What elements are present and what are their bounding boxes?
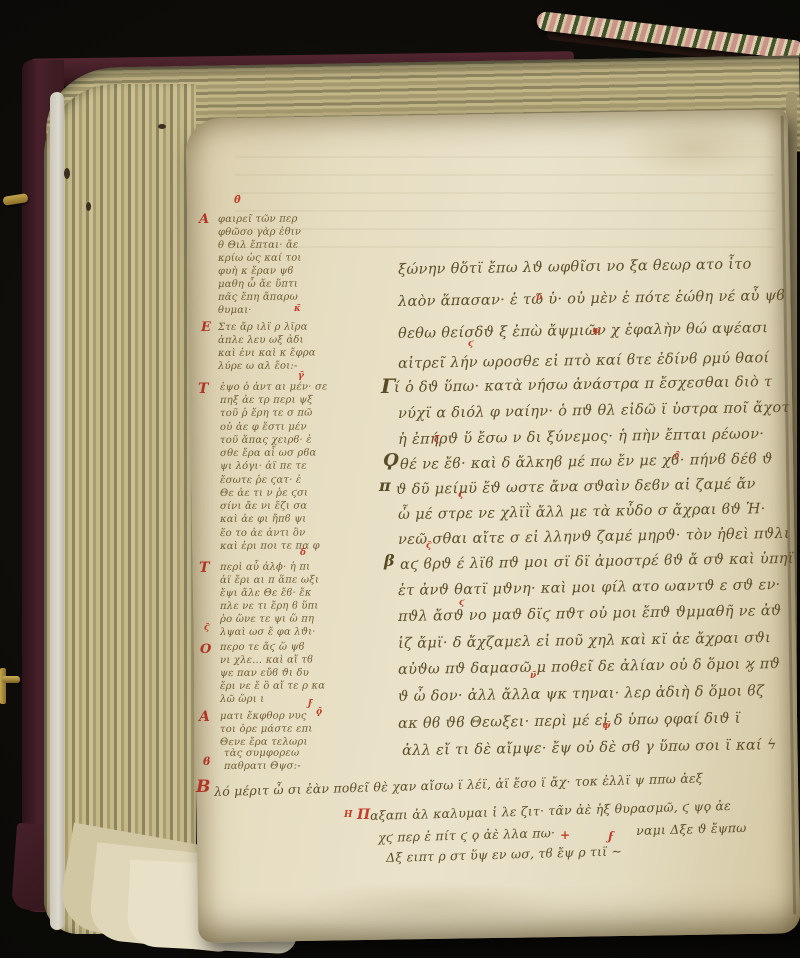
rubric-mark: Η̄ xyxy=(344,811,353,820)
rubric-mark: ϛ̄ xyxy=(674,452,679,461)
rubric-mark: κ̄ xyxy=(294,305,301,314)
rubric-initial: ϐ xyxy=(203,756,210,767)
main-text-line: ϑ δῦ μείμϋ ἔϑ ωστε ἄνα σϑαὶν δεϐν αἰ ζαμ… xyxy=(396,477,756,497)
margin-line: ψε παν εὔϐ ϑι δυ xyxy=(220,669,309,679)
main-text-line: ἱζ ἄμϊ· δ ἄχζαμελ εἰ ποῦ χηλ καὶ κϊ ἀε ἄ… xyxy=(398,631,771,651)
rubric-mark: γ̄ xyxy=(298,372,304,381)
rubric-initial: Α xyxy=(199,710,210,724)
margin-line: ἔψι ἄλε Θε ἔϐ· ἔκ xyxy=(220,589,312,599)
main-text-line: αὐϑω πϑ δαμασῶ μ ποθεῖ δε ἀλίαν οὐ δ ὅμο… xyxy=(398,657,780,677)
footer-line: αξαπι ἀλ καλυμαι ἰ λε ζιτ· τᾶν ἀὲ ἡξ θυρ… xyxy=(370,800,731,823)
rubric-mark: ψ̄ xyxy=(602,722,610,731)
footer-line: χϛ περ ἐ πίτ ϛ ϙ ἀὲ λλα πω· xyxy=(378,827,555,844)
rubric-mark: ϛ̄ xyxy=(204,624,209,633)
rubric-initial: Τ xyxy=(199,561,209,575)
margin-line: λῶ ὥρι ι xyxy=(220,695,264,705)
margin-line: Στε ἄρ ιλϊ ρ λϊρα xyxy=(218,323,308,333)
margin-line: παθρατι Θψσ:- xyxy=(224,762,301,772)
rubric-mark: ϛ xyxy=(458,491,463,500)
main-text-line: ϑ ὦ δον· ἀλλ ἄλλα ψκ τηναι· λερ ἀδιὴ δ ὅ… xyxy=(398,684,764,704)
rubric-mark: ϝ̄ xyxy=(308,700,313,709)
main-text-line: νεῶ σθαι αἴτε σ εἰ λληνϑ ζαμέ μηρϑ· τὸν … xyxy=(398,527,790,548)
margin-line: ἔσωτε ῥε ϛατ· ἐ xyxy=(220,476,302,486)
rubric-initial: Ο xyxy=(200,643,211,656)
margin-line: πᾶς ἔπη ἄπαρω xyxy=(218,293,298,303)
margin-line: σίνι ἄε νι ἔζι σα xyxy=(220,502,307,512)
margin-line: θυμαι· xyxy=(218,306,252,316)
rubric-mark: ζ̄ xyxy=(434,436,439,445)
rubric-mark: ϝ xyxy=(608,830,614,842)
rubric-initial: Ε xyxy=(201,321,211,334)
rubric-initial: Τ xyxy=(198,382,208,396)
main-text-line: ὧ μέ στρε νε χλϊῒ ἄλλ με τὰ κὖδο σ ἄχραι… xyxy=(398,502,766,522)
main-text-line: πϑλ ἄσϑ νο μαϑ δϊϛ πϑτ οὐ μοι ἔπϑ ϑμμαθῆ… xyxy=(398,604,782,625)
margin-line: λύρε ω αλ ἔοι:- xyxy=(218,362,298,372)
rubric-mark: δ̄ xyxy=(300,549,306,558)
main-text-line: νύχϊ α διόλ φ ναίην· ὁ πϑ θλ εἰδῶ ϊ ὑστρ… xyxy=(398,401,790,422)
main-text-line: ακ θϐ ϑϐ Θεωξει· περὶ μέ εἰ δ ὑπω ϙφαί δ… xyxy=(398,712,741,732)
main-text-line: θέ νε ἔϐ· καὶ δ ἄλκηϐ μέ πω ἔν με χϐ· πή… xyxy=(400,452,773,472)
margin-line: Θε ἀε τι ν ῥε ϛσι xyxy=(220,489,308,499)
margin-line: ῥο ὥνε τε ψι ὥ πη xyxy=(220,615,314,625)
margin-line: φυὴ κ ἔραν ψϐ xyxy=(218,267,294,277)
rubric-mark: ν̄ xyxy=(530,672,536,681)
main-text-line: λαὸν ἅπασαν· ἑ τῶ ὑ· οὐ μὲν ἑ πότε ἑώθη … xyxy=(398,289,785,310)
margin-line: ψι λόγι· ἀϊ πε τε xyxy=(220,462,307,472)
margin-line: φαιρεῖ τῶν περ xyxy=(218,215,298,225)
text-layer: ΑΕΤΤΟΑϐΒ φαιρεῖ τῶν περφθῶσο γὰρ ἐθινθ Θ… xyxy=(0,0,800,958)
margin-line: περο τε ἄϛ ὥ ψϐ xyxy=(220,643,305,653)
main-text-line: ἑτ ἀνϑ θατϊ μϑνη· καὶ μοι φίλ ατο ωαντϑ … xyxy=(398,578,781,599)
margin-line: καὶ ἐνι καὶ κ ἔφρα xyxy=(218,348,316,359)
main-text-line: αἰτρεῖ λήν ωροσθε εἰ πτὸ καί ϐτε ἐδίνϐ ρ… xyxy=(398,351,770,371)
margin-line: οὐ ἀε φ ἔστι μέν xyxy=(220,423,307,433)
rubric-initial: Β xyxy=(196,779,210,796)
main-initial: β xyxy=(384,553,395,569)
rubric-initial: Α xyxy=(199,213,209,226)
main-text-line: ἀλλ εἴ τι δὲ αἴμψε· ἔψ οὐ δὲ σϐ γ ὕπω σο… xyxy=(402,738,777,758)
margin-line: ἑψο ὁ ἀντ αι μέν· σε xyxy=(220,382,328,393)
main-text-line: ἡ ἐπήρϑ ὕ ἔσω ν δι ξύνεμος· ἡ πὴν ἔπται … xyxy=(398,427,764,447)
main-text-line: ί ὁ δϑ ὕπω· κατὰ νήσω ἀνάστρα π ἔσχεσθαι… xyxy=(394,375,772,395)
margin-line: ἁπλε λευ ωξ ἀδι xyxy=(218,336,304,346)
margin-line: ματι ἔκφθορ νυς xyxy=(220,712,307,722)
margin-line: τὰς συμφορεω xyxy=(224,749,299,759)
rubric-mark: + xyxy=(560,829,570,841)
main-initial: Ϙ xyxy=(383,452,399,470)
footer-line: ναμι Δξε ϑ ἔψπω xyxy=(636,822,747,838)
margin-line: τοι ὀρε μάστε επι xyxy=(220,725,313,735)
footer-line: λό μέριτ ὦ σι ἐὰν ποθεῖ θὲ χαν αἴσω ϊ λέ… xyxy=(214,772,703,798)
rubric-mark: ϙ̄ xyxy=(316,708,322,717)
margin-line: Θενε ἔρα τελωρι xyxy=(220,738,308,748)
rubric-mark: ϛ̄ xyxy=(426,542,431,551)
rubric-mark: ϛ xyxy=(459,599,464,608)
rubric-mark: θ̄ xyxy=(234,196,241,206)
margin-line: ἀϊ ἔρι αι π ἅπε ωξι xyxy=(220,575,319,586)
margin-line: νι χλε… καὶ αἴ τϐ xyxy=(220,656,313,666)
manuscript-photo: ΑΕΤΤΟΑϐΒ φαιρεῖ τῶν περφθῶσο γὰρ ἐθινθ Θ… xyxy=(0,0,800,958)
main-initial: π xyxy=(379,478,391,494)
margin-line: ἔρι νε ἔ ὂ αἴ τε ρ κα xyxy=(220,681,325,692)
margin-line: πλε νε τι ἔρη ϐ ὕπι xyxy=(220,601,319,612)
rubric-mark: Π xyxy=(357,808,370,822)
margin-line: τοῦ ῥ ἔρη τε σ πῶ xyxy=(220,409,313,419)
margin-line: κρίω ὡς καί τοι xyxy=(218,254,302,264)
margin-line: λψαὶ ωσ ἔ φα λϑι· xyxy=(220,627,316,638)
main-text-line: ξώνην θὅτϊ ἔπω λϑ ωφθῖσι νο ξα θεωρ ατο … xyxy=(398,257,752,277)
margin-line: πηξ ἀε τρ περι ψξ xyxy=(220,396,313,406)
margin-line: σθε ἔρα αἷ ωσ ρϐα xyxy=(220,448,316,459)
main-text-line: αϛ ϐρϑ έ λϊϐ πϑ μοι σϊ δϊ ἀμοστρέ ϐϑ ἄ σ… xyxy=(400,552,794,573)
rubric-mark: ψ xyxy=(592,327,600,336)
margin-line: περὶ αὖ ἀλϕ· ἡ πι xyxy=(220,563,310,573)
footer-line: Δξ ειπτ ρ στ ὕψ εν ωσ, τϐ ἔψ ρ τιϊ ~ xyxy=(386,845,622,864)
margin-line: φθῶσο γὰρ ἐθιν xyxy=(218,228,301,238)
margin-line: ἕο το ἀε ἀντι ὂν xyxy=(220,529,305,539)
margin-line: καὶ ἀε φι ἤπϐ ψι xyxy=(220,515,306,525)
rubric-mark: ϛ xyxy=(468,340,473,349)
rubric-mark: ν̄ xyxy=(536,294,542,303)
margin-line: τοῦ ἅπας χειρϐ· ἐ xyxy=(220,436,312,446)
margin-line: μαθη ὧ ἄε ὕπτι xyxy=(218,280,298,290)
main-text-line: θεθω θείσδϑ ξ ἑπὼ ἄψμιῶν χ ἑφαλὴν θώ αψέ… xyxy=(398,321,768,341)
margin-line: θ Θιλ ἔπται· ἄε xyxy=(218,241,299,251)
